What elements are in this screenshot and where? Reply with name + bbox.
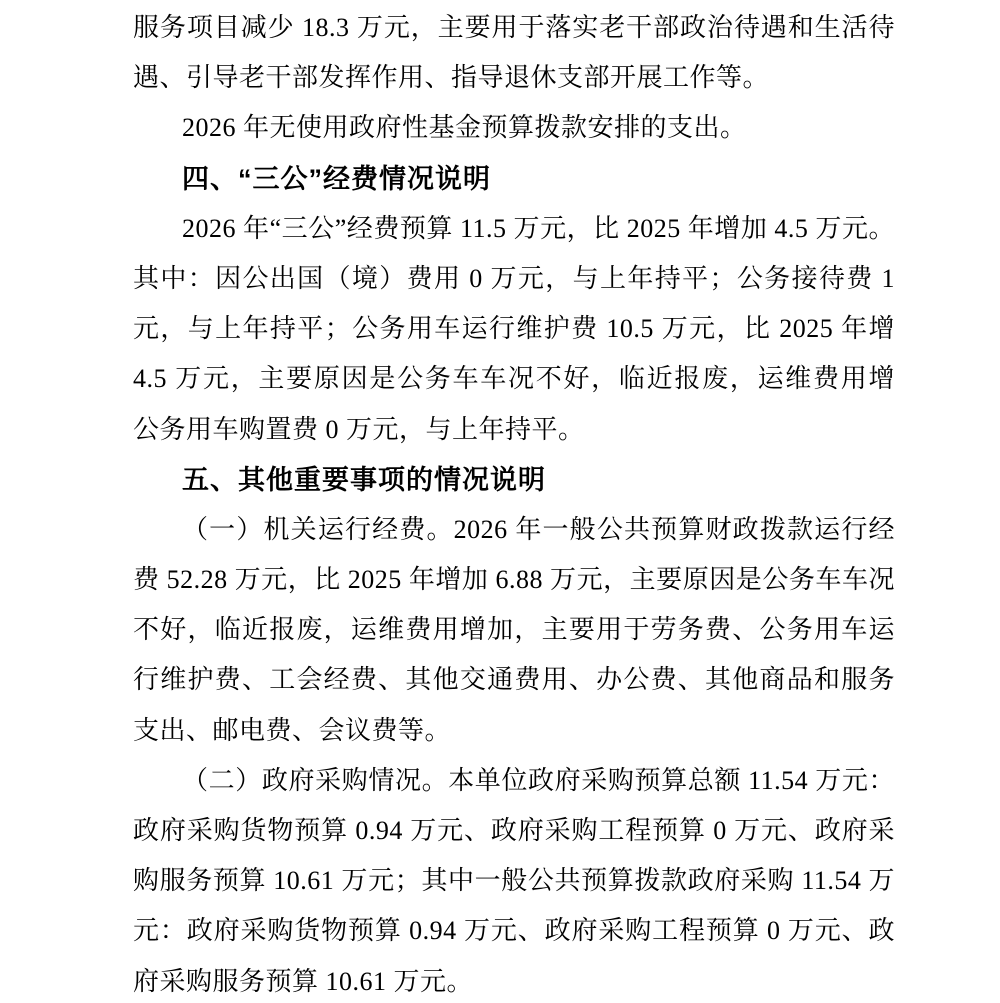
- body-line: 元，与上年持平；公务用车运行维护费 10.5 万元，比 2025 年增加: [133, 304, 895, 354]
- body-line: 4.5 万元，主要原因是公务车车况不好，临近报废，运维费用增加；: [133, 354, 895, 404]
- body-line: 行维护费、工会经费、其他交通费用、办公费、其他商品和服务: [133, 655, 895, 705]
- body-line: 其中：因公出国（境）费用 0 万元，与上年持平；公务接待费 1 万: [133, 254, 895, 304]
- body-line: 费 52.28 万元，比 2025 年增加 6.88 万元，主要原因是公务车车况: [133, 555, 895, 605]
- body-line: （二）政府采购情况。本单位政府采购预算总额 11.54 万元：: [133, 756, 895, 806]
- body-line: （一）机关运行经费。2026 年一般公共预算财政拨款运行经: [133, 505, 895, 555]
- body-line: 政府采购货物预算 0.94 万元、政府采购工程预算 0 万元、政府采: [133, 806, 895, 856]
- body-line: 元：政府采购货物预算 0.94 万元、政府采购工程预算 0 万元、政: [133, 906, 895, 956]
- body-line: 支出、邮电费、会议费等。: [133, 706, 895, 756]
- document-body: 服务项目减少 18.3 万元，主要用于落实老干部政治待遇和生活待 遇、引导老干部…: [133, 3, 895, 1003]
- section-heading: 四、“三公”经费情况说明: [133, 154, 895, 204]
- body-line: 公务用车购置费 0 万元，与上年持平。: [133, 405, 895, 455]
- body-line: 2026 年“三公”经费预算 11.5 万元，比 2025 年增加 4.5 万元…: [133, 204, 895, 254]
- body-line: 服务项目减少 18.3 万元，主要用于落实老干部政治待遇和生活待: [133, 3, 895, 53]
- document-page: 服务项目减少 18.3 万元，主要用于落实老干部政治待遇和生活待 遇、引导老干部…: [0, 0, 1000, 1003]
- body-line: 遇、引导老干部发挥作用、指导退休支部开展工作等。: [133, 53, 895, 103]
- body-line: 购服务预算 10.61 万元；其中一般公共预算拨款政府采购 11.54 万: [133, 856, 895, 906]
- section-heading: 五、其他重要事项的情况说明: [133, 455, 895, 505]
- body-line: 2026 年无使用政府性基金预算拨款安排的支出。: [133, 103, 895, 153]
- body-line: 不好，临近报废，运维费用增加，主要用于劳务费、公务用车运: [133, 605, 895, 655]
- body-line: 府采购服务预算 10.61 万元。: [133, 957, 895, 1003]
